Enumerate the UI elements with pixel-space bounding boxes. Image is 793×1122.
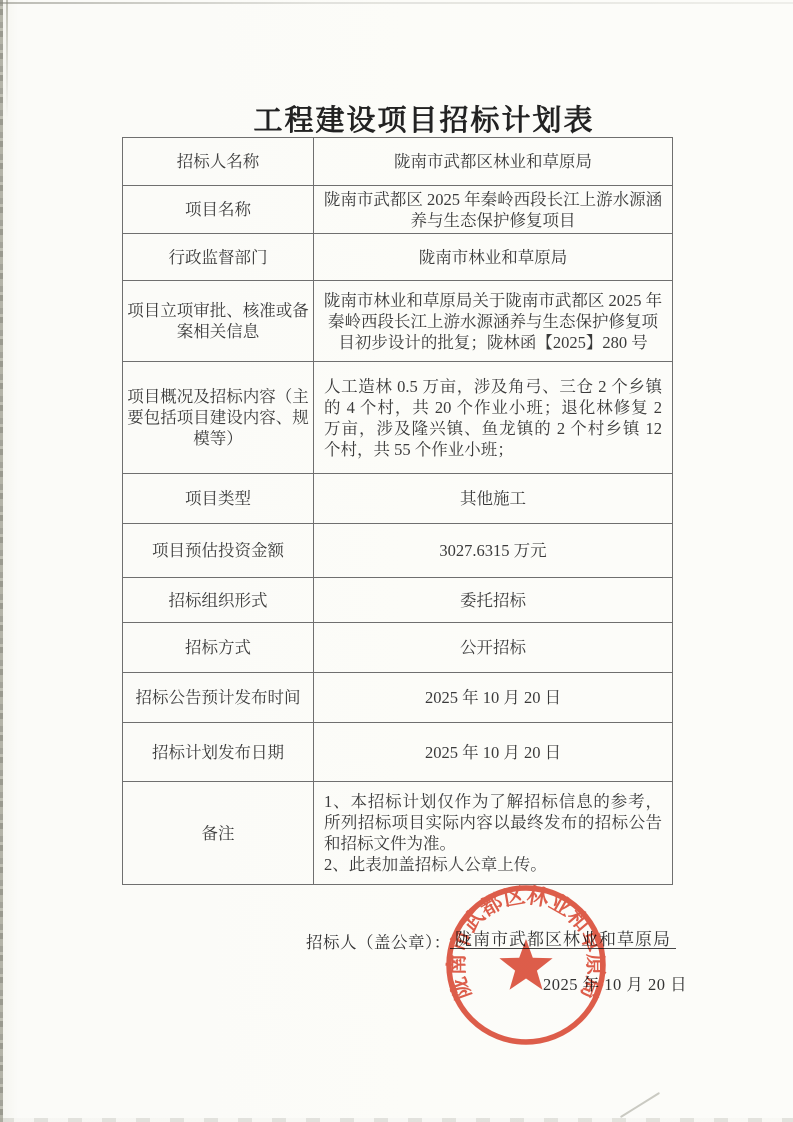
row-value: 2025 年 10 月 20 日 (314, 673, 672, 722)
scan-edge-top-artifact (0, 2, 793, 4)
scan-edge-bottom-artifact (0, 1118, 793, 1122)
star-icon (499, 939, 552, 990)
row-value: 陇南市林业和草原局 (314, 234, 672, 280)
row-value: 2025 年 10 月 20 日 (314, 723, 672, 781)
row-label: 项目概况及招标内容（主要包括项目建设内容、规模等） (123, 362, 314, 473)
row-label: 项目类型 (123, 474, 314, 523)
table-row: 招标计划发布日期 2025 年 10 月 20 日 (123, 723, 672, 782)
page-title: 工程建设项目招标计划表 (253, 98, 594, 139)
table-row: 项目预估投资金额 3027.6315 万元 (123, 524, 672, 578)
bidding-plan-table: 招标人名称 陇南市武都区林业和草原局 项目名称 陇南市武都区 2025 年秦岭西… (122, 137, 673, 885)
row-value: 1、本招标计划仅作为了解招标信息的参考，所列招标项目实际内容以最终发布的招标公告… (314, 782, 672, 884)
scan-edge-left-artifact (0, 0, 3, 1122)
row-label: 招标人名称 (123, 138, 314, 185)
table-row: 招标公告预计发布时间 2025 年 10 月 20 日 (123, 673, 672, 723)
signer-label: 招标人（盖公章）： (306, 929, 451, 953)
row-label: 招标组织形式 (123, 578, 314, 622)
row-value: 其他施工 (314, 474, 672, 523)
table-row: 招标方式 公开招标 (123, 623, 672, 673)
row-value: 公开招标 (314, 623, 672, 672)
row-value: 人工造林 0.5 万亩，涉及角弓、三仓 2 个乡镇的 4 个村，共 20 个作业… (314, 362, 672, 473)
table-row: 项目概况及招标内容（主要包括项目建设内容、规模等） 人工造林 0.5 万亩，涉及… (123, 362, 672, 474)
row-label: 项目名称 (123, 186, 314, 233)
row-label: 项目预估投资金额 (123, 524, 314, 577)
row-value: 陇南市林业和草原局关于陇南市武都区 2025 年秦岭西段长江上游水源涵养与生态保… (314, 281, 672, 361)
row-label: 备注 (123, 782, 314, 884)
table-row: 备注 1、本招标计划仅作为了解招标信息的参考，所列招标项目实际内容以最终发布的招… (123, 782, 672, 884)
scan-edge-left-line-artifact (6, 0, 8, 120)
table-row: 招标人名称 陇南市武都区林业和草原局 (123, 138, 672, 186)
table-row: 行政监督部门 陇南市林业和草原局 (123, 234, 672, 281)
table-row: 项目立项审批、核准或备案相关信息 陇南市林业和草原局关于陇南市武都区 2025 … (123, 281, 672, 362)
table-row: 项目名称 陇南市武都区 2025 年秦岭西段长江上游水源涵养与生态保护修复项目 (123, 186, 672, 234)
table-row: 项目类型 其他施工 (123, 474, 672, 524)
row-value: 陇南市武都区 2025 年秦岭西段长江上游水源涵养与生态保护修复项目 (314, 186, 672, 233)
official-seal-stamp: 陇南市武都区林业和草原局 (443, 881, 609, 1047)
row-label: 招标公告预计发布时间 (123, 673, 314, 722)
row-label: 行政监督部门 (123, 234, 314, 280)
table-row: 招标组织形式 委托招标 (123, 578, 672, 623)
row-label: 招标方式 (123, 623, 314, 672)
row-value: 委托招标 (314, 578, 672, 622)
scan-scratch-artifact (620, 1092, 660, 1118)
row-label: 项目立项审批、核准或备案相关信息 (123, 281, 314, 361)
row-label: 招标计划发布日期 (123, 723, 314, 781)
scanned-document-page: 工程建设项目招标计划表 招标人名称 陇南市武都区林业和草原局 项目名称 陇南市武… (0, 0, 793, 1122)
row-value: 陇南市武都区林业和草原局 (314, 138, 672, 185)
row-value: 3027.6315 万元 (314, 524, 672, 577)
